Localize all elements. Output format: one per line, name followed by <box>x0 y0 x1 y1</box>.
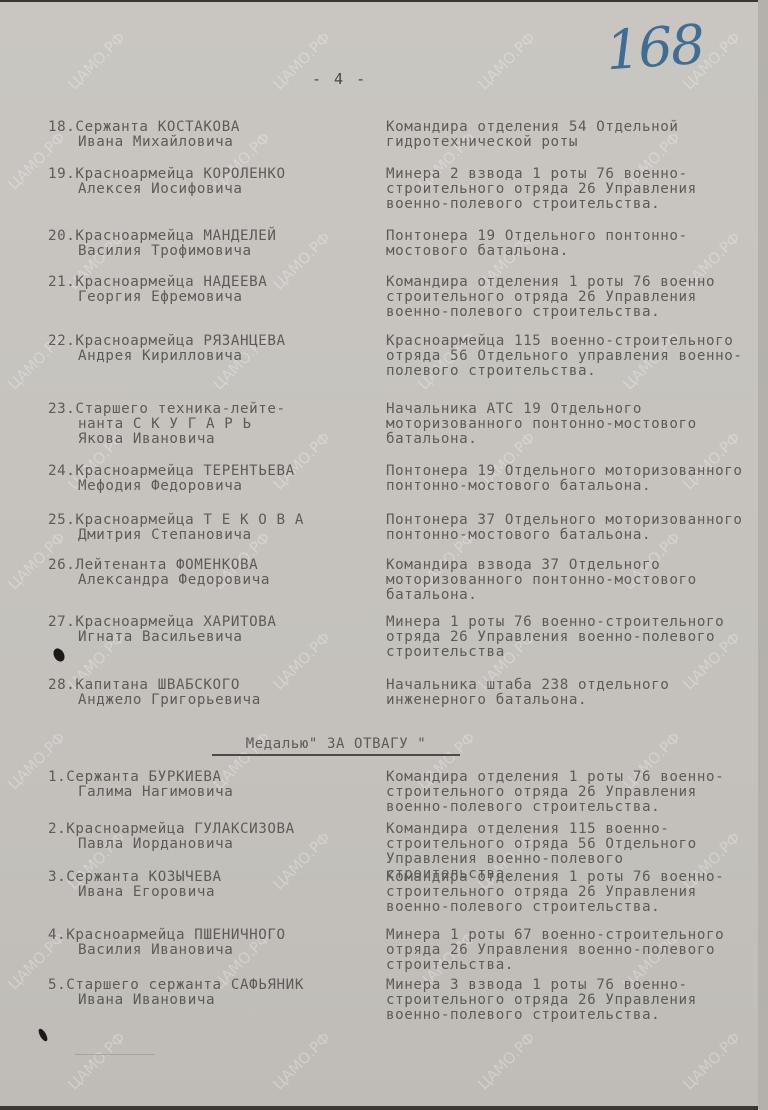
awardee-given-name: Ивана Михайловича <box>48 135 368 150</box>
awardee-rank-surname: 25.Красноармейца Т Е К О В А <box>48 513 368 528</box>
awardee-position: Минера 2 взвода 1 роты 76 военно-строите… <box>386 167 758 212</box>
awardee-name: 25.Красноармейца Т Е К О В АДмитрия Степ… <box>48 513 368 543</box>
awardee-name: 18.Сержанта КОСТАКОВАИвана Михайловича <box>48 120 368 150</box>
awardee-position: Командира отделения 1 роты 76 военно стр… <box>386 275 758 320</box>
awardee-position: Минера 3 взвода 1 роты 76 военно-строите… <box>386 978 758 1023</box>
watermark-text: ЦАМО.РФ <box>269 1029 334 1094</box>
document-page: ЦАМО.РФЦАМО.РФЦАМО.РФЦАМО.РФЦАМО.РФЦАМО.… <box>0 2 758 1106</box>
watermark-text: ЦАМО.РФ <box>679 1029 744 1094</box>
awardee-given-name: Павла Иордановича <box>48 837 368 852</box>
awardee-rank-surname: 4.Красноармейца ПШЕНИЧНОГО <box>48 928 368 943</box>
watermark-text: ЦАМО.РФ <box>474 29 539 94</box>
page-edge <box>758 0 768 1110</box>
watermark-text: ЦАМО.РФ <box>64 29 129 94</box>
awardee-given-name: Ивана Егоровича <box>48 885 368 900</box>
awardee-given-name: Георгия Ефремовича <box>48 290 368 305</box>
awardee-position: Минера 1 роты 67 военно-строительного от… <box>386 928 758 973</box>
awardee-name: 22.Красноармейца РЯЗАНЦЕВААндрея Кирилло… <box>48 334 368 364</box>
awardee-name: 26.Лейтенанта ФОМЕНКОВААлександра Федоро… <box>48 558 368 588</box>
awardee-rank-surname: 23.Старшего техника-лейте- <box>48 402 368 417</box>
awardee-rank-surname: 2.Красноармейца ГУЛАКСИЗОВА <box>48 822 368 837</box>
awardee-name: 28.Капитана ШВАБСКОГОАнджело Григорьевич… <box>48 678 368 708</box>
awardee-name: 27.Красноармейца ХАРИТОВАИгната Васильев… <box>48 615 368 645</box>
ink-smudge <box>51 646 67 663</box>
awardee-position: Командира взвода 37 Отдельного моторизов… <box>386 558 758 603</box>
awardee-given-name: Василия Ивановича <box>48 943 368 958</box>
awardee-position: Командира отделения 1 роты 76 военно-стр… <box>386 870 758 915</box>
ink-smudge <box>37 1027 49 1042</box>
awardee-rank-surname: 3.Сержанта КОЗЫЧЕВА <box>48 870 368 885</box>
awardee-given-name: Анджело Григорьевича <box>48 693 368 708</box>
awardee-name: 3.Сержанта КОЗЫЧЕВАИвана Егоровича <box>48 870 368 900</box>
awardee-given-name: Александра Федоровича <box>48 573 368 588</box>
awardee-given-name: Василия Трофимовича <box>48 244 368 259</box>
page-number: - 4 - <box>312 70 367 88</box>
awardee-rank-surname: 20.Красноармейца МАНДЕЛЕЙ <box>48 229 368 244</box>
awardee-given-name: Алексея Иосифовича <box>48 182 368 197</box>
awardee-position: Понтонера 19 Отдельного понтонно-мостово… <box>386 229 758 259</box>
awardee-rank-surname: 28.Капитана ШВАБСКОГО <box>48 678 368 693</box>
awardee-rank-surname: 21.Красноармейца НАДЕЕВА <box>48 275 368 290</box>
watermark-text: ЦАМО.РФ <box>474 1029 539 1094</box>
awardee-given-name: Ивана Ивановича <box>48 993 368 1008</box>
awardee-rank-surname: 19.Красноармейца КОРОЛЕНКО <box>48 167 368 182</box>
awardee-given-name: Андрея Кирилловича <box>48 349 368 364</box>
awardee-position: Красноармейца 115 военно-строительного о… <box>386 334 758 379</box>
awardee-given-name: Мефодия Федоровича <box>48 479 368 494</box>
awardee-name: 2.Красноармейца ГУЛАКСИЗОВАПавла Иордано… <box>48 822 368 852</box>
awardee-rank-surname: 26.Лейтенанта ФОМЕНКОВА <box>48 558 368 573</box>
awardee-position: Командира отделения 1 роты 76 военно-стр… <box>386 770 758 815</box>
awardee-name: 21.Красноармейца НАДЕЕВАГеоргия Ефремови… <box>48 275 368 305</box>
awardee-given-name: Галима Нагимовича <box>48 785 368 800</box>
awardee-position: Понтонера 37 Отдельного моторизованного … <box>386 513 758 543</box>
awardee-rank-surname: 24.Красноармейца ТЕРЕНТЬЕВА <box>48 464 368 479</box>
awardee-name: 20.Красноармейца МАНДЕЛЕЙВасилия Трофимо… <box>48 229 368 259</box>
awardee-position: Начальника АТС 19 Отдельного моторизован… <box>386 402 758 447</box>
handwritten-archive-number: 168 <box>604 13 705 83</box>
awardee-position: Понтонера 19 Отдельного моторизованного … <box>386 464 758 494</box>
awardee-name: 19.Красноармейца КОРОЛЕНКОАлексея Иосифо… <box>48 167 368 197</box>
faint-line <box>75 1054 155 1055</box>
awardee-name: 1.Сержанта БУРКИЕВАГалима Нагимовича <box>48 770 368 800</box>
awardee-rank-surname: 18.Сержанта КОСТАКОВА <box>48 120 368 135</box>
awardee-name: 4.Красноармейца ПШЕНИЧНОГОВасилия Иванов… <box>48 928 368 958</box>
awardee-position: Командира отделения 54 Отдельной гидроте… <box>386 120 758 150</box>
awardee-given-name: нанта С К У Г А Р Ь <box>48 417 368 432</box>
watermark-text: ЦАМО.РФ <box>64 1029 129 1094</box>
awardee-given-name: Якова Ивановича <box>48 432 368 447</box>
awardee-given-name: Игната Васильевича <box>48 630 368 645</box>
awardee-rank-surname: 5.Старшего сержанта САФЬЯНИК <box>48 978 368 993</box>
awardee-given-name: Дмитрия Степановича <box>48 528 368 543</box>
awardee-name: 24.Красноармейца ТЕРЕНТЬЕВАМефодия Федор… <box>48 464 368 494</box>
awardee-rank-surname: 22.Красноармейца РЯЗАНЦЕВА <box>48 334 368 349</box>
awardee-name: 5.Старшего сержанта САФЬЯНИКИвана Иванов… <box>48 978 368 1008</box>
awardee-position: Минера 1 роты 76 военно-строительного от… <box>386 615 758 660</box>
section-heading-medal-for-courage: Медалью" ЗА ОТВАГУ " <box>212 736 460 756</box>
awardee-rank-surname: 1.Сержанта БУРКИЕВА <box>48 770 368 785</box>
awardee-rank-surname: 27.Красноармейца ХАРИТОВА <box>48 615 368 630</box>
awardee-name: 23.Старшего техника-лейте-нанта С К У Г … <box>48 402 368 447</box>
awardee-position: Начальника штаба 238 отдельного инженерн… <box>386 678 758 708</box>
